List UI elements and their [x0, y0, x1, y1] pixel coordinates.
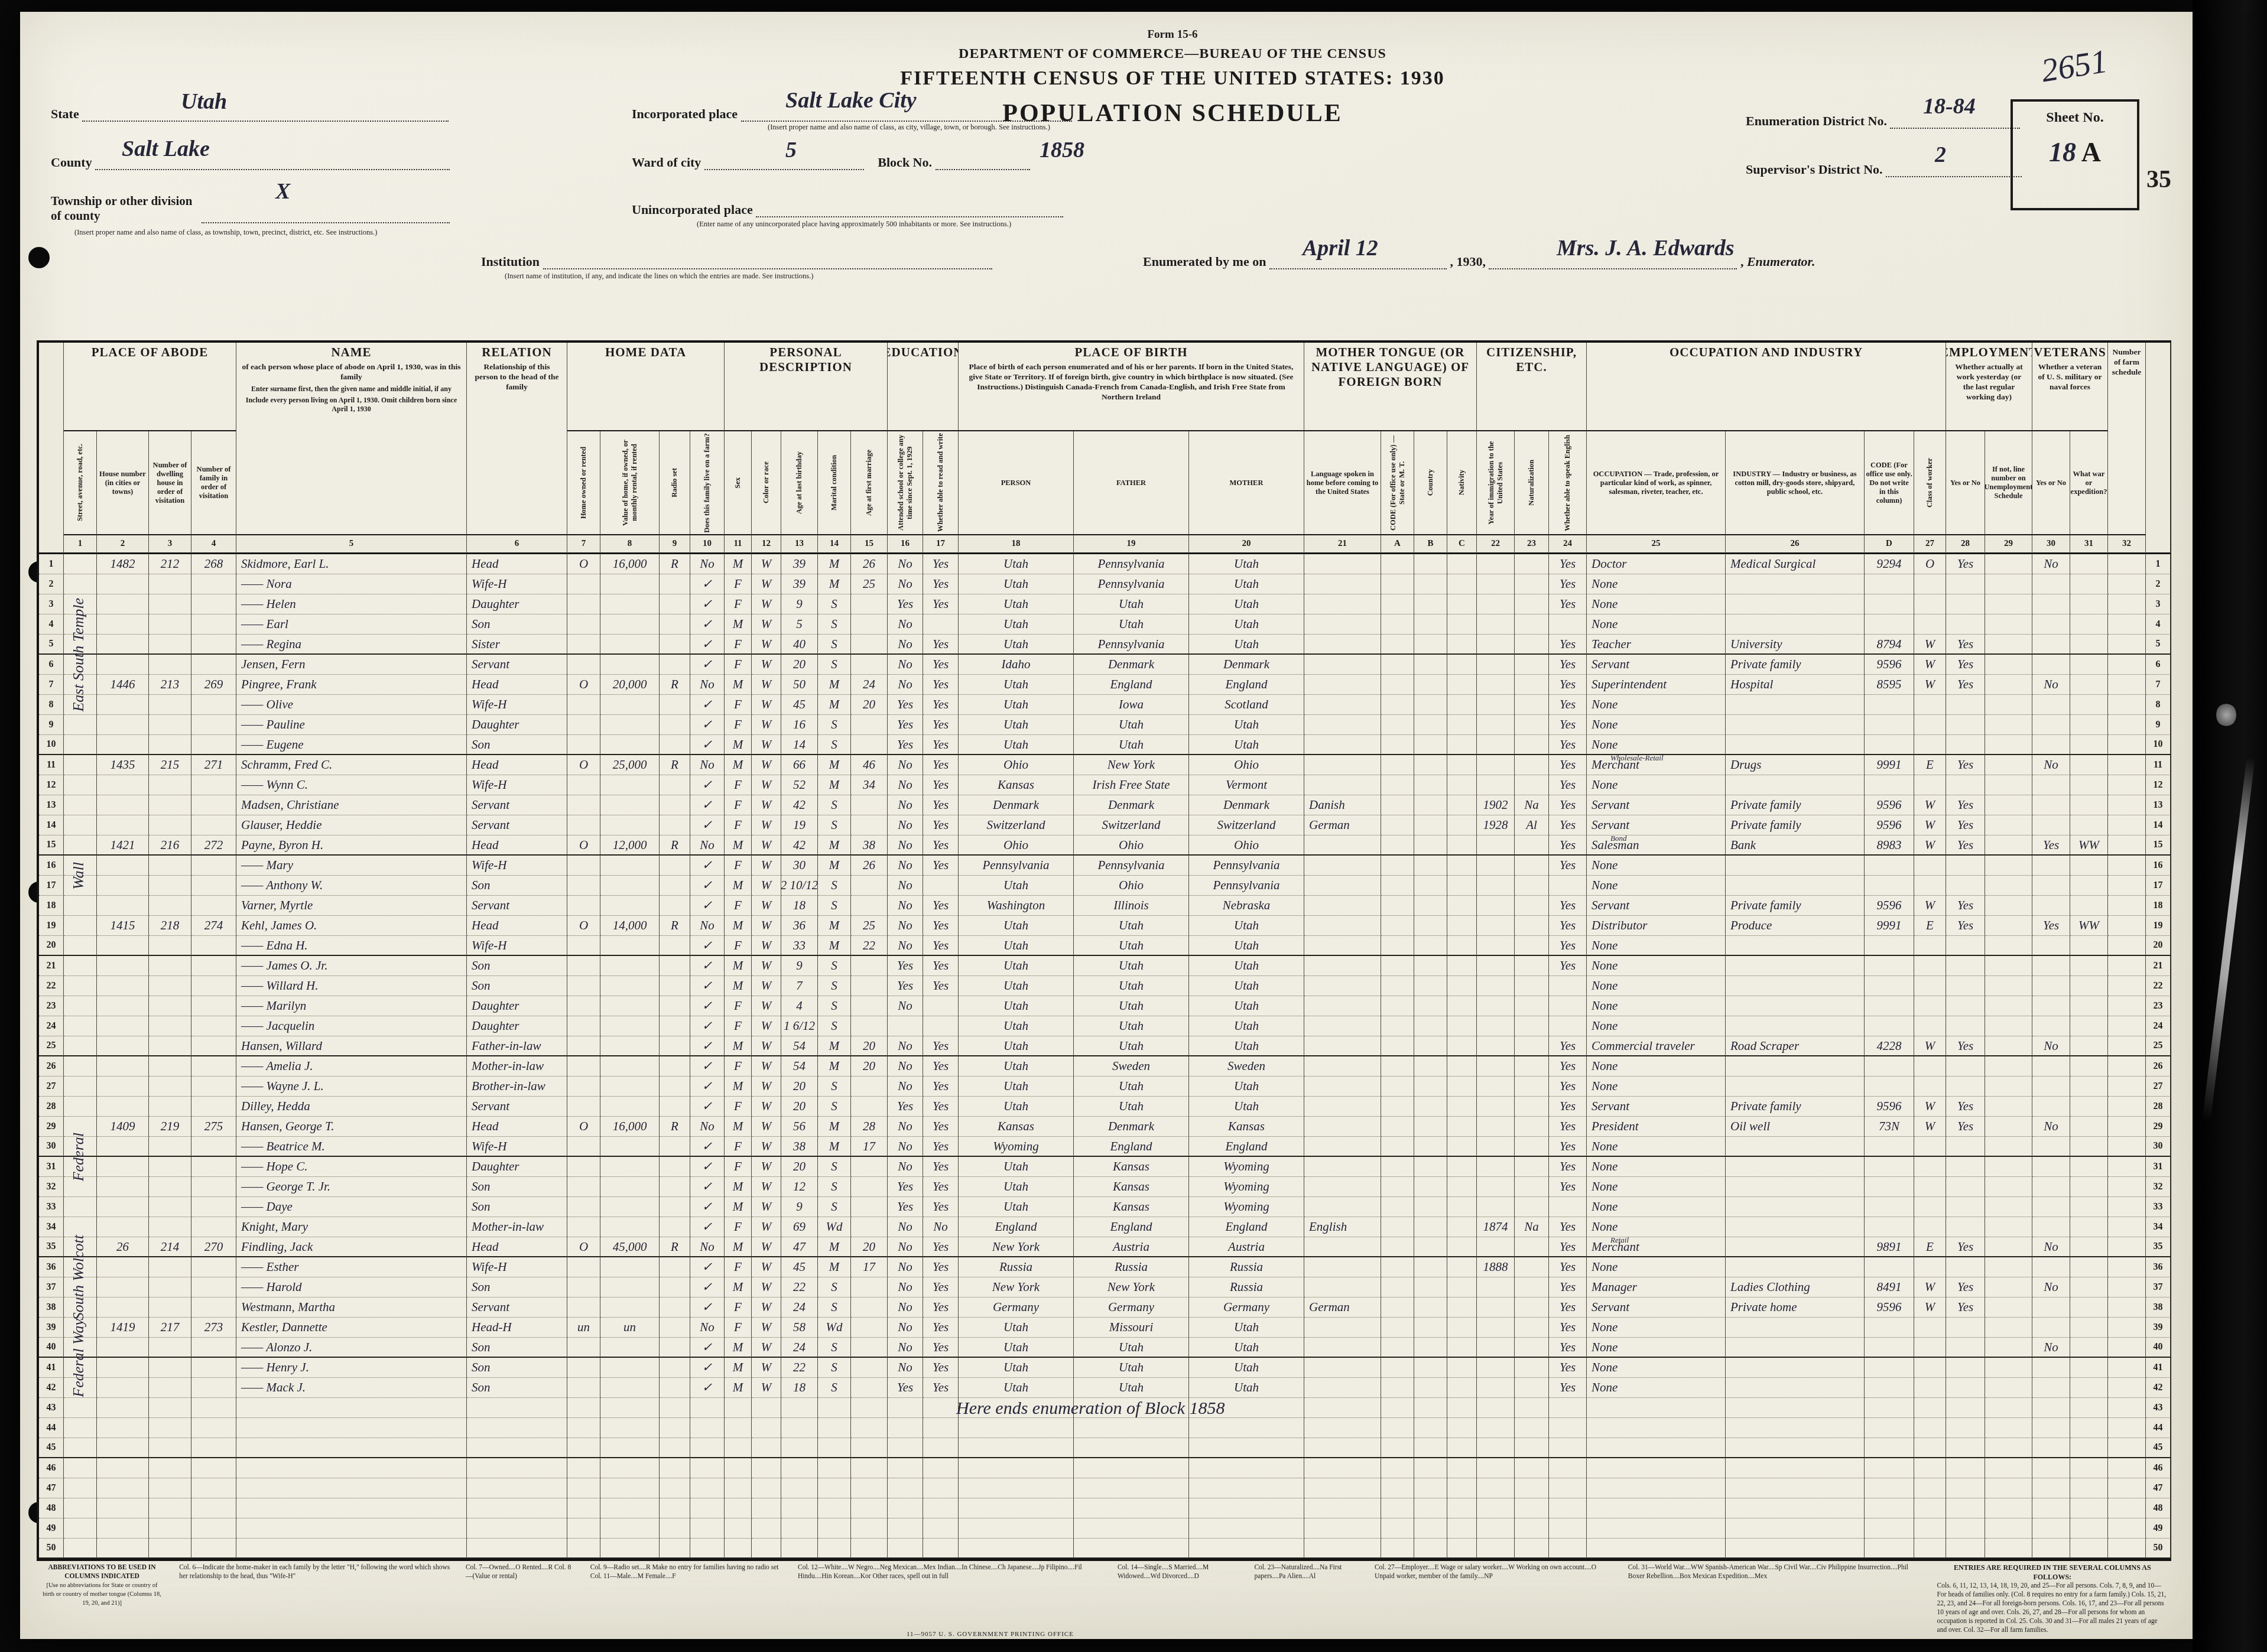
cell-wk: [1946, 1539, 1985, 1559]
cell-bp: Utah: [959, 1197, 1074, 1217]
cell-color: W: [752, 1117, 781, 1137]
cell-rw: [923, 1498, 959, 1518]
cell-mar: M: [818, 1237, 851, 1257]
cell-fam: [191, 1197, 236, 1217]
cell-house: [97, 695, 149, 715]
cell-lang: [1304, 1478, 1381, 1498]
cell-farm: ✓: [690, 1016, 725, 1036]
cell-occ: None: [1587, 976, 1726, 996]
cell-ind: Medical Surgical: [1726, 554, 1865, 574]
cell-fam: 274: [191, 916, 236, 936]
cell-radio: [660, 1458, 690, 1478]
column-subheader-cC: Nativity: [1447, 431, 1477, 535]
cell-nat: [1515, 1097, 1549, 1117]
abbrev-note: Col. 31—World War....WW Spanish-American…: [1625, 1561, 1925, 1630]
cell-farm: ✓: [690, 1197, 725, 1217]
cell-radio: [660, 1438, 690, 1458]
cell-rw: Yes: [923, 735, 959, 755]
cell-rw: [923, 876, 959, 896]
cell-name: Hansen, Willard: [236, 1036, 467, 1056]
cell-age: 18: [781, 896, 818, 916]
cell-cB: [1414, 1518, 1447, 1539]
cell-imm: [1477, 1438, 1515, 1458]
cell-own: [567, 1277, 600, 1297]
cell-street: [64, 956, 97, 976]
cell-mar: [818, 1518, 851, 1539]
cell-cD: [1865, 574, 1914, 594]
column-subheader-radio: Radio set: [660, 431, 690, 535]
cell-house: [97, 735, 149, 755]
cell-bp: Utah: [959, 1338, 1074, 1358]
cell-eng: Yes: [1549, 815, 1587, 835]
cell-occ: None: [1587, 1177, 1726, 1197]
cell-own: O: [567, 675, 600, 695]
cell-ind: [1726, 574, 1865, 594]
cell-cC: [1447, 635, 1477, 655]
cell-bp: Washington: [959, 896, 1074, 916]
cell-bpf: Utah: [1074, 956, 1189, 976]
cell-agem: [851, 1097, 888, 1117]
cell-fam: [191, 775, 236, 795]
cell-eng: Yes: [1549, 695, 1587, 715]
cell-bp: Utah: [959, 1077, 1074, 1097]
row-line-number: 22: [2146, 976, 2171, 996]
cell-dwel: 219: [149, 1117, 191, 1137]
cell-bpm: Wyoming: [1189, 1177, 1304, 1197]
cell-occ: None: [1587, 1257, 1726, 1277]
cell-name: Kehl, James O.: [236, 916, 467, 936]
cell-farm: ✓: [690, 1277, 725, 1297]
cell-val: [600, 1197, 660, 1217]
cell-ind: [1726, 715, 1865, 735]
cell-sex: [725, 1498, 752, 1518]
cell-house: [97, 856, 149, 876]
cell-cA: [1381, 1478, 1414, 1498]
cell-agem: [851, 1338, 888, 1358]
cell-cA: [1381, 594, 1414, 614]
cell-ind: Private family: [1726, 1097, 1865, 1117]
cell-ind: [1726, 1318, 1865, 1338]
cell-ind: [1726, 1237, 1865, 1257]
cell-dwel: [149, 815, 191, 835]
cell-bpm: Wyoming: [1189, 1157, 1304, 1177]
cell-vet: [2032, 1217, 2070, 1237]
cell-radio: [660, 1498, 690, 1518]
cell-ul: [1985, 1539, 2032, 1559]
cell-eng: [1549, 1478, 1587, 1498]
cell-cA: [1381, 614, 1414, 635]
cell-color: [752, 1398, 781, 1418]
cell-house: [97, 1056, 149, 1077]
cell-fam: [191, 1438, 236, 1458]
cell-cD: 9596: [1865, 815, 1914, 835]
cell-eng: [1549, 1438, 1587, 1458]
row-line-number: 9: [39, 715, 64, 735]
cell-mar: M: [818, 835, 851, 856]
column-subheader-bp: PERSON: [959, 431, 1074, 535]
cell-sch: [888, 1478, 923, 1498]
cell-cC: [1447, 1056, 1477, 1077]
cell-cD: [1865, 1378, 1914, 1398]
cell-radio: [660, 1318, 690, 1338]
cell-color: W: [752, 1137, 781, 1157]
cell-street: [64, 976, 97, 996]
cell-radio: [660, 1277, 690, 1297]
cell-sex: F: [725, 594, 752, 614]
cell-sch: [888, 1498, 923, 1518]
cell-eng: [1549, 1197, 1587, 1217]
cell-radio: [660, 815, 690, 835]
cell-lang: [1304, 655, 1381, 675]
cell-vet: [2032, 1478, 2070, 1498]
cell-eng: Yes: [1549, 574, 1587, 594]
cell-farm: ✓: [690, 1358, 725, 1378]
cell-occ: None: [1587, 614, 1726, 635]
cell-imm: [1477, 1318, 1515, 1338]
cell-mar: S: [818, 715, 851, 735]
cell-color: W: [752, 675, 781, 695]
cell-dwel: [149, 1398, 191, 1418]
cell-ul: [1985, 1056, 2032, 1077]
cell-farm: [690, 1398, 725, 1418]
cell-val: [600, 775, 660, 795]
column-subheader-bpm: MOTHER: [1189, 431, 1304, 535]
cell-val: 16,000: [600, 554, 660, 574]
cell-cls: [1914, 594, 1946, 614]
row-line-number: 10: [2146, 735, 2171, 755]
cell-eng: Yes: [1549, 1056, 1587, 1077]
cell-name: —— Willard H.: [236, 976, 467, 996]
cell-vet: [2032, 1378, 2070, 1398]
column-subheader-ind: INDUSTRY — Industry or business, as cott…: [1726, 431, 1865, 535]
cell-vet: [2032, 1438, 2070, 1458]
cell-val: [600, 896, 660, 916]
cell-own: [567, 1498, 600, 1518]
cell-cD: [1865, 1398, 1914, 1418]
cell-bpm: Pennsylvania: [1189, 876, 1304, 896]
cell-sex: M: [725, 1117, 752, 1137]
cell-house: 1435: [97, 755, 149, 775]
cell-nat: [1515, 1318, 1549, 1338]
sheet-number-value: 18: [2049, 137, 2076, 167]
cell-vet: [2032, 1157, 2070, 1177]
cell-occ: Servant: [1587, 1297, 1726, 1318]
cell-bp: Utah: [959, 1378, 1074, 1398]
cell-street: [64, 1117, 97, 1137]
cell-agem: [851, 1016, 888, 1036]
cell-bpf: Utah: [1074, 916, 1189, 936]
cell-ind: [1726, 1358, 1865, 1378]
cell-vet: [2032, 1257, 2070, 1277]
cell-cls: [1914, 1338, 1946, 1358]
cell-imm: [1477, 876, 1515, 896]
cell-dwel: [149, 1539, 191, 1559]
cell-own: [567, 856, 600, 876]
cell-war: [2070, 1117, 2108, 1137]
cell-house: [97, 1398, 149, 1418]
cell-cB: [1414, 1277, 1447, 1297]
cell-rw: Yes: [923, 594, 959, 614]
cell-cD: [1865, 1197, 1914, 1217]
cell-age: 40: [781, 635, 818, 655]
cell-fam: [191, 856, 236, 876]
cell-mar: M: [818, 916, 851, 936]
cell-color: [752, 1498, 781, 1518]
cell-cC: [1447, 1217, 1477, 1237]
cell-imm: 1928: [1477, 815, 1515, 835]
cell-wk: Yes: [1946, 1117, 1985, 1137]
cell-bp: Utah: [959, 936, 1074, 956]
cell-sch: No: [888, 1277, 923, 1297]
cell-bp: Idaho: [959, 655, 1074, 675]
cell-bpf: Pennsylvania: [1074, 554, 1189, 574]
cell-cB: [1414, 1117, 1447, 1137]
cell-occ: Servant: [1587, 795, 1726, 815]
cell-cD: [1865, 956, 1914, 976]
cell-age: 33: [781, 936, 818, 956]
cell-color: W: [752, 795, 781, 815]
cell-cB: [1414, 856, 1447, 876]
cell-fam: [191, 715, 236, 735]
cell-cB: [1414, 1297, 1447, 1318]
cell-house: [97, 1378, 149, 1398]
cell-cA: [1381, 936, 1414, 956]
cell-eng: Yes: [1549, 755, 1587, 775]
cell-cD: [1865, 1157, 1914, 1177]
cell-house: [97, 1539, 149, 1559]
row-line-number: 30: [2146, 1137, 2171, 1157]
cell-imm: [1477, 1358, 1515, 1378]
cell-age: 5: [781, 614, 818, 635]
cell-val: 12,000: [600, 835, 660, 856]
row-line-number: 38: [2146, 1297, 2171, 1318]
cell-ind: [1726, 1478, 1865, 1498]
cell-cD: 9991: [1865, 755, 1914, 775]
cell-war: [2070, 554, 2108, 574]
cell-sch: [888, 1458, 923, 1478]
cell-rw: Yes: [923, 1077, 959, 1097]
cell-nat: [1515, 996, 1549, 1016]
cell-dwel: [149, 996, 191, 1016]
cell-own: [567, 1358, 600, 1378]
cell-fs: [2108, 815, 2146, 835]
cell-sch: No: [888, 1036, 923, 1056]
cell-rw: Yes: [923, 1097, 959, 1117]
cell-bpm: Utah: [1189, 635, 1304, 655]
cell-cA: [1381, 956, 1414, 976]
cell-lang: [1304, 956, 1381, 976]
cell-fs: [2108, 1177, 2146, 1197]
cell-sex: [725, 1518, 752, 1539]
cell-cC: [1447, 755, 1477, 775]
cell-wk: Yes: [1946, 1237, 1985, 1257]
row-line-number: 14: [2146, 815, 2171, 835]
film-scratch: [2202, 757, 2255, 1121]
cell-ul: [1985, 775, 2032, 795]
cell-age: 56: [781, 1117, 818, 1137]
cell-street: [64, 594, 97, 614]
cell-val: [600, 876, 660, 896]
cell-ind: [1726, 996, 1865, 1016]
cell-rel: Servant: [467, 815, 567, 835]
cell-vet: [2032, 1458, 2070, 1478]
cell-sch: No: [888, 876, 923, 896]
cell-bpm: [1189, 1438, 1304, 1458]
cell-radio: [660, 594, 690, 614]
column-number-occ: 25: [1587, 535, 1726, 554]
cell-bpm: Utah: [1189, 1097, 1304, 1117]
cell-dwel: 218: [149, 916, 191, 936]
cell-occ: None: [1587, 775, 1726, 795]
cell-street: [64, 1077, 97, 1097]
row-line-number: 28: [39, 1097, 64, 1117]
cell-ul: [1985, 1398, 2032, 1418]
cell-war: [2070, 795, 2108, 815]
cell-name: —— Henry J.: [236, 1358, 467, 1378]
cell-imm: [1477, 735, 1515, 755]
cell-agem: [851, 1297, 888, 1318]
cell-eng: Yes: [1549, 896, 1587, 916]
cell-fam: [191, 1177, 236, 1197]
cell-rw: Yes: [923, 976, 959, 996]
cell-cC: [1447, 795, 1477, 815]
cell-cA: [1381, 815, 1414, 835]
cell-war: [2070, 594, 2108, 614]
cell-sex: F: [725, 635, 752, 655]
cell-dwel: [149, 1197, 191, 1217]
cell-cB: [1414, 876, 1447, 896]
cell-house: [97, 715, 149, 735]
cell-cls: [1914, 876, 1946, 896]
cell-ul: [1985, 856, 2032, 876]
cell-ind: Private family: [1726, 896, 1865, 916]
cell-sex: M: [725, 835, 752, 856]
cell-cD: 9991: [1865, 916, 1914, 936]
row-line-number: 17: [2146, 876, 2171, 896]
cell-rel: Son: [467, 956, 567, 976]
row-line-number: 6: [2146, 655, 2171, 675]
cell-val: [600, 1338, 660, 1358]
cell-house: [97, 1157, 149, 1177]
cell-sex: [725, 1438, 752, 1458]
cell-cA: [1381, 755, 1414, 775]
cell-imm: [1477, 1197, 1515, 1217]
cell-war: [2070, 1539, 2108, 1559]
cell-bp: Utah: [959, 614, 1074, 635]
cell-name: —— Mary: [236, 856, 467, 876]
cell-cC: [1447, 916, 1477, 936]
cell-war: [2070, 976, 2108, 996]
cell-fs: [2108, 1097, 2146, 1117]
cell-age: 9: [781, 594, 818, 614]
cell-agem: 22: [851, 936, 888, 956]
cell-rw: [923, 1438, 959, 1458]
abbrev-note: Col. 27—Employer....E Wage or salary wor…: [1371, 1561, 1616, 1630]
cell-occ: Distributor: [1587, 916, 1726, 936]
print-code: 11—9057 U. S. GOVERNMENT PRINTING OFFICE: [907, 1631, 1074, 1638]
cell-color: W: [752, 876, 781, 896]
row-line-number: 13: [2146, 795, 2171, 815]
cell-ind: [1726, 1016, 1865, 1036]
row-line-number: 1: [2146, 554, 2171, 574]
cell-lang: [1304, 1438, 1381, 1458]
cell-imm: 1902: [1477, 795, 1515, 815]
cell-sch: No: [888, 1117, 923, 1137]
row-line-number: 23: [2146, 996, 2171, 1016]
enumeration-date: April 12: [1303, 235, 1378, 261]
cell-radio: [660, 996, 690, 1016]
cell-bpm: Utah: [1189, 554, 1304, 574]
cell-bpm: [1189, 1478, 1304, 1498]
cell-cls: W: [1914, 1117, 1946, 1137]
cell-mar: S: [818, 1016, 851, 1036]
cell-bpf: Utah: [1074, 1358, 1189, 1378]
cell-wk: [1946, 614, 1985, 635]
cell-house: [97, 614, 149, 635]
cell-color: W: [752, 1157, 781, 1177]
cell-cls: [1914, 856, 1946, 876]
cell-house: [97, 1438, 149, 1458]
column-number-mar: 14: [818, 535, 851, 554]
cell-wk: [1946, 735, 1985, 755]
cell-street: [64, 635, 97, 655]
cell-ul: [1985, 1418, 2032, 1438]
column-subheader-lang: Language spoken in home before coming to…: [1304, 431, 1381, 535]
cell-occ: [1587, 1518, 1726, 1539]
cell-cB: [1414, 815, 1447, 835]
cell-farm: ✓: [690, 1137, 725, 1157]
cell-cA: [1381, 775, 1414, 795]
cell-ind: [1726, 956, 1865, 976]
cell-bp: Utah: [959, 594, 1074, 614]
cell-bpm: Utah: [1189, 1358, 1304, 1378]
cell-bpf: Utah: [1074, 1016, 1189, 1036]
cell-cB: [1414, 594, 1447, 614]
cell-fs: [2108, 1518, 2146, 1539]
cell-bpf: [1074, 1458, 1189, 1478]
cell-own: [567, 735, 600, 755]
cell-eng: [1549, 996, 1587, 1016]
cell-ul: [1985, 715, 2032, 735]
cell-agem: [851, 1418, 888, 1438]
cell-radio: [660, 695, 690, 715]
cell-cA: [1381, 1277, 1414, 1297]
row-line-number: 13: [39, 795, 64, 815]
row-line-number: 47: [2146, 1478, 2171, 1498]
cell-cB: [1414, 1318, 1447, 1338]
cell-house: [97, 1518, 149, 1539]
cell-vet: No: [2032, 1338, 2070, 1358]
cell-eng: [1549, 1539, 1587, 1559]
cell-rel: Brother-in-law: [467, 1077, 567, 1097]
cell-cC: [1447, 594, 1477, 614]
cell-color: [752, 1418, 781, 1438]
end-of-enumeration-note: Here ends enumeration of Block 1858: [956, 1399, 1225, 1419]
cell-lang: [1304, 1137, 1381, 1157]
cell-color: [752, 1539, 781, 1559]
cell-agem: [851, 1498, 888, 1518]
cell-rw: Yes: [923, 1197, 959, 1217]
cell-bpm: [1189, 1418, 1304, 1438]
cell-bpf: [1074, 1518, 1189, 1539]
cell-vet: [2032, 1016, 2070, 1036]
cell-name: —— Helen: [236, 594, 467, 614]
cell-age: [781, 1418, 818, 1438]
column-subheader-farm: Does this family live on a farm?: [690, 431, 725, 535]
cell-agem: [851, 735, 888, 755]
cell-cA: [1381, 795, 1414, 815]
cell-fam: [191, 1498, 236, 1518]
